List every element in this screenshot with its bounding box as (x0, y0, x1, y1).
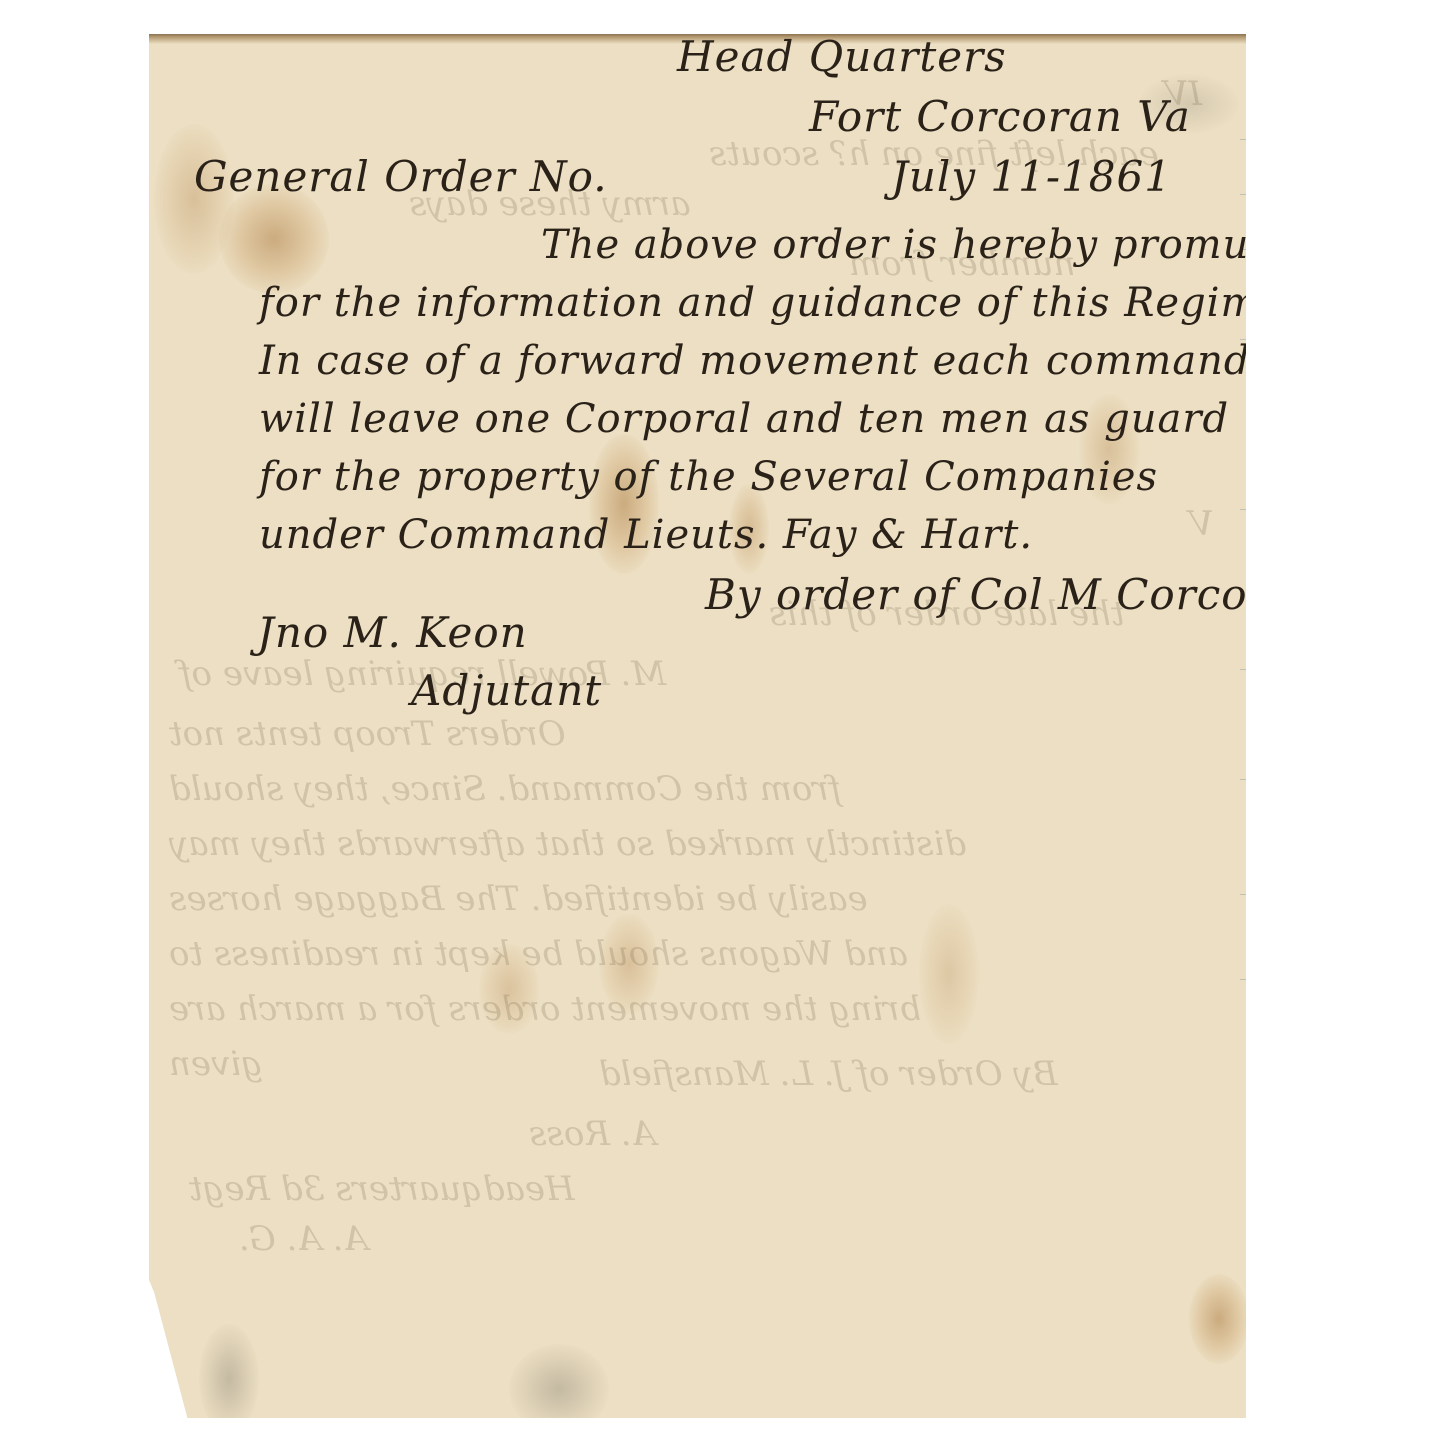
document-title: General Order No. (194, 152, 608, 201)
smudge (199, 1324, 259, 1434)
header-date: July 11-1861 (891, 152, 1172, 201)
show-through-line: distinctly marked so that afterwards the… (169, 824, 966, 864)
show-through-line: A. Ross (529, 1114, 656, 1154)
body-line: The above order is hereby promulgated (541, 222, 1383, 268)
body-line: In case of a forward movement each comma… (259, 338, 1319, 384)
header-line-2: Fort Corcoran Va (809, 92, 1191, 141)
body-line: under Command Lieuts. Fay & Hart. (259, 512, 1033, 558)
stain (1189, 1274, 1249, 1364)
stain (919, 904, 979, 1044)
document-page: IV. each left fine on h? scouts army the… (149, 34, 1246, 1418)
header-line-1: Head Quarters (677, 32, 1007, 81)
show-through-line: By Order of J. L. Mansfield (599, 1054, 1058, 1094)
body-line: for the property of the Several Companie… (259, 454, 1158, 500)
show-through-line: Orders Troop tents not (169, 714, 566, 754)
show-through-line: V (1189, 504, 1214, 544)
authority-line: By order of Col M Corcoran (705, 570, 1323, 619)
signature-title: Adjutant (411, 666, 602, 715)
show-through-line: bring the movement orders for a march ar… (169, 989, 921, 1029)
signature-name: Jno M. Keon (257, 608, 528, 657)
show-through-line: A. A. G. (239, 1219, 368, 1259)
show-through-line: given (169, 1044, 263, 1084)
show-through-line: from the Command. Since, they should (169, 769, 841, 809)
show-through-line: and Wagons should be kept in readiness t… (169, 934, 908, 974)
show-through-line: Headquarters 3d Regt (189, 1169, 575, 1209)
smudge (509, 1344, 609, 1434)
body-line: for the information and guidance of this… (259, 280, 1342, 326)
show-through-line: easily be identified. The Baggage horses (169, 879, 868, 919)
body-line: will leave one Corporal and ten men as g… (259, 396, 1229, 442)
